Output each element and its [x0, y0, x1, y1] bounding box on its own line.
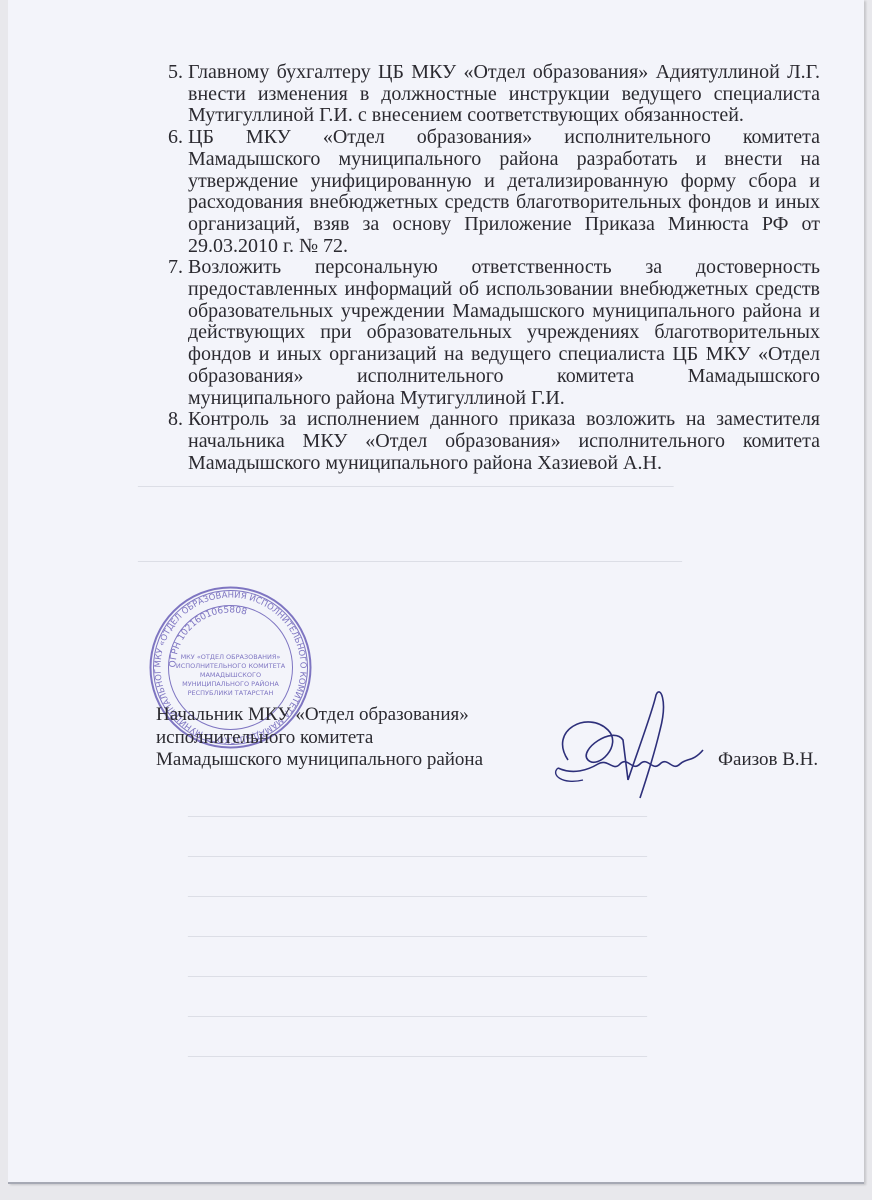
bleed-through-text: ________________________________________… [188, 920, 647, 940]
bleed-through-text: ________________________________________… [188, 840, 647, 860]
svg-text:МКУ «ОТДЕЛ ОБРАЗОВАНИЯ»: МКУ «ОТДЕЛ ОБРАЗОВАНИЯ» [181, 653, 281, 661]
item-number: 7. [168, 257, 188, 279]
handwritten-signature-icon [528, 690, 718, 800]
item-number: 6. [168, 127, 188, 149]
item-number: 8. [168, 409, 188, 431]
bleed-through-text: ________________________________________… [188, 800, 647, 820]
item-text: ЦБ МКУ «Отдел образования» исполнительно… [188, 126, 820, 257]
order-item: 8. Контроль за исполнением данного прика… [168, 409, 820, 474]
bleed-through-text: ________________________________________… [138, 545, 682, 565]
bleed-through-text: ________________________________________… [188, 1040, 647, 1060]
svg-text:МАМАДЫШСКОГО: МАМАДЫШСКОГО [200, 671, 261, 679]
order-items-list: 5. Главному бухгалтеру ЦБ МКУ «Отдел обр… [168, 62, 820, 474]
item-number: 5. [168, 62, 188, 84]
bleed-through-text: ________________________________________… [188, 1000, 647, 1020]
item-text: Возложить персональную ответственность з… [188, 256, 820, 408]
order-item: 5. Главному бухгалтеру ЦБ МКУ «Отдел обр… [168, 62, 820, 127]
item-text: Контроль за исполнением данного приказа … [188, 408, 820, 473]
signatory-title: Начальник МКУ «Отдел образования» исполн… [156, 704, 483, 772]
order-item: 6. ЦБ МКУ «Отдел образования» исполнител… [168, 127, 820, 257]
svg-text:РЕСПУБЛИКИ ТАТАРСТАН: РЕСПУБЛИКИ ТАТАРСТАН [188, 689, 274, 697]
signatory-title-line: Мамадышского муниципального района [156, 749, 483, 772]
signatory-title-line: исполнительного комитета [156, 727, 483, 750]
svg-text:ИСПОЛНИТЕЛЬНОГО КОМИТЕТА: ИСПОЛНИТЕЛЬНОГО КОМИТЕТА [176, 662, 286, 670]
signatory-name: Фаизов В.Н. [718, 749, 818, 771]
item-text: Главному бухгалтеру ЦБ МКУ «Отдел образо… [188, 61, 820, 126]
order-item: 7. Возложить персональную ответственност… [168, 257, 820, 409]
signatory-title-line: Начальник МКУ «Отдел образования» [156, 704, 483, 727]
document-page: ________________________________________… [8, 0, 864, 1184]
bleed-through-text: ________________________________________… [188, 880, 647, 900]
svg-text:МУНИЦИПАЛЬНОГО РАЙОНА: МУНИЦИПАЛЬНОГО РАЙОНА [182, 679, 279, 688]
bleed-through-text: ________________________________________… [188, 960, 647, 980]
